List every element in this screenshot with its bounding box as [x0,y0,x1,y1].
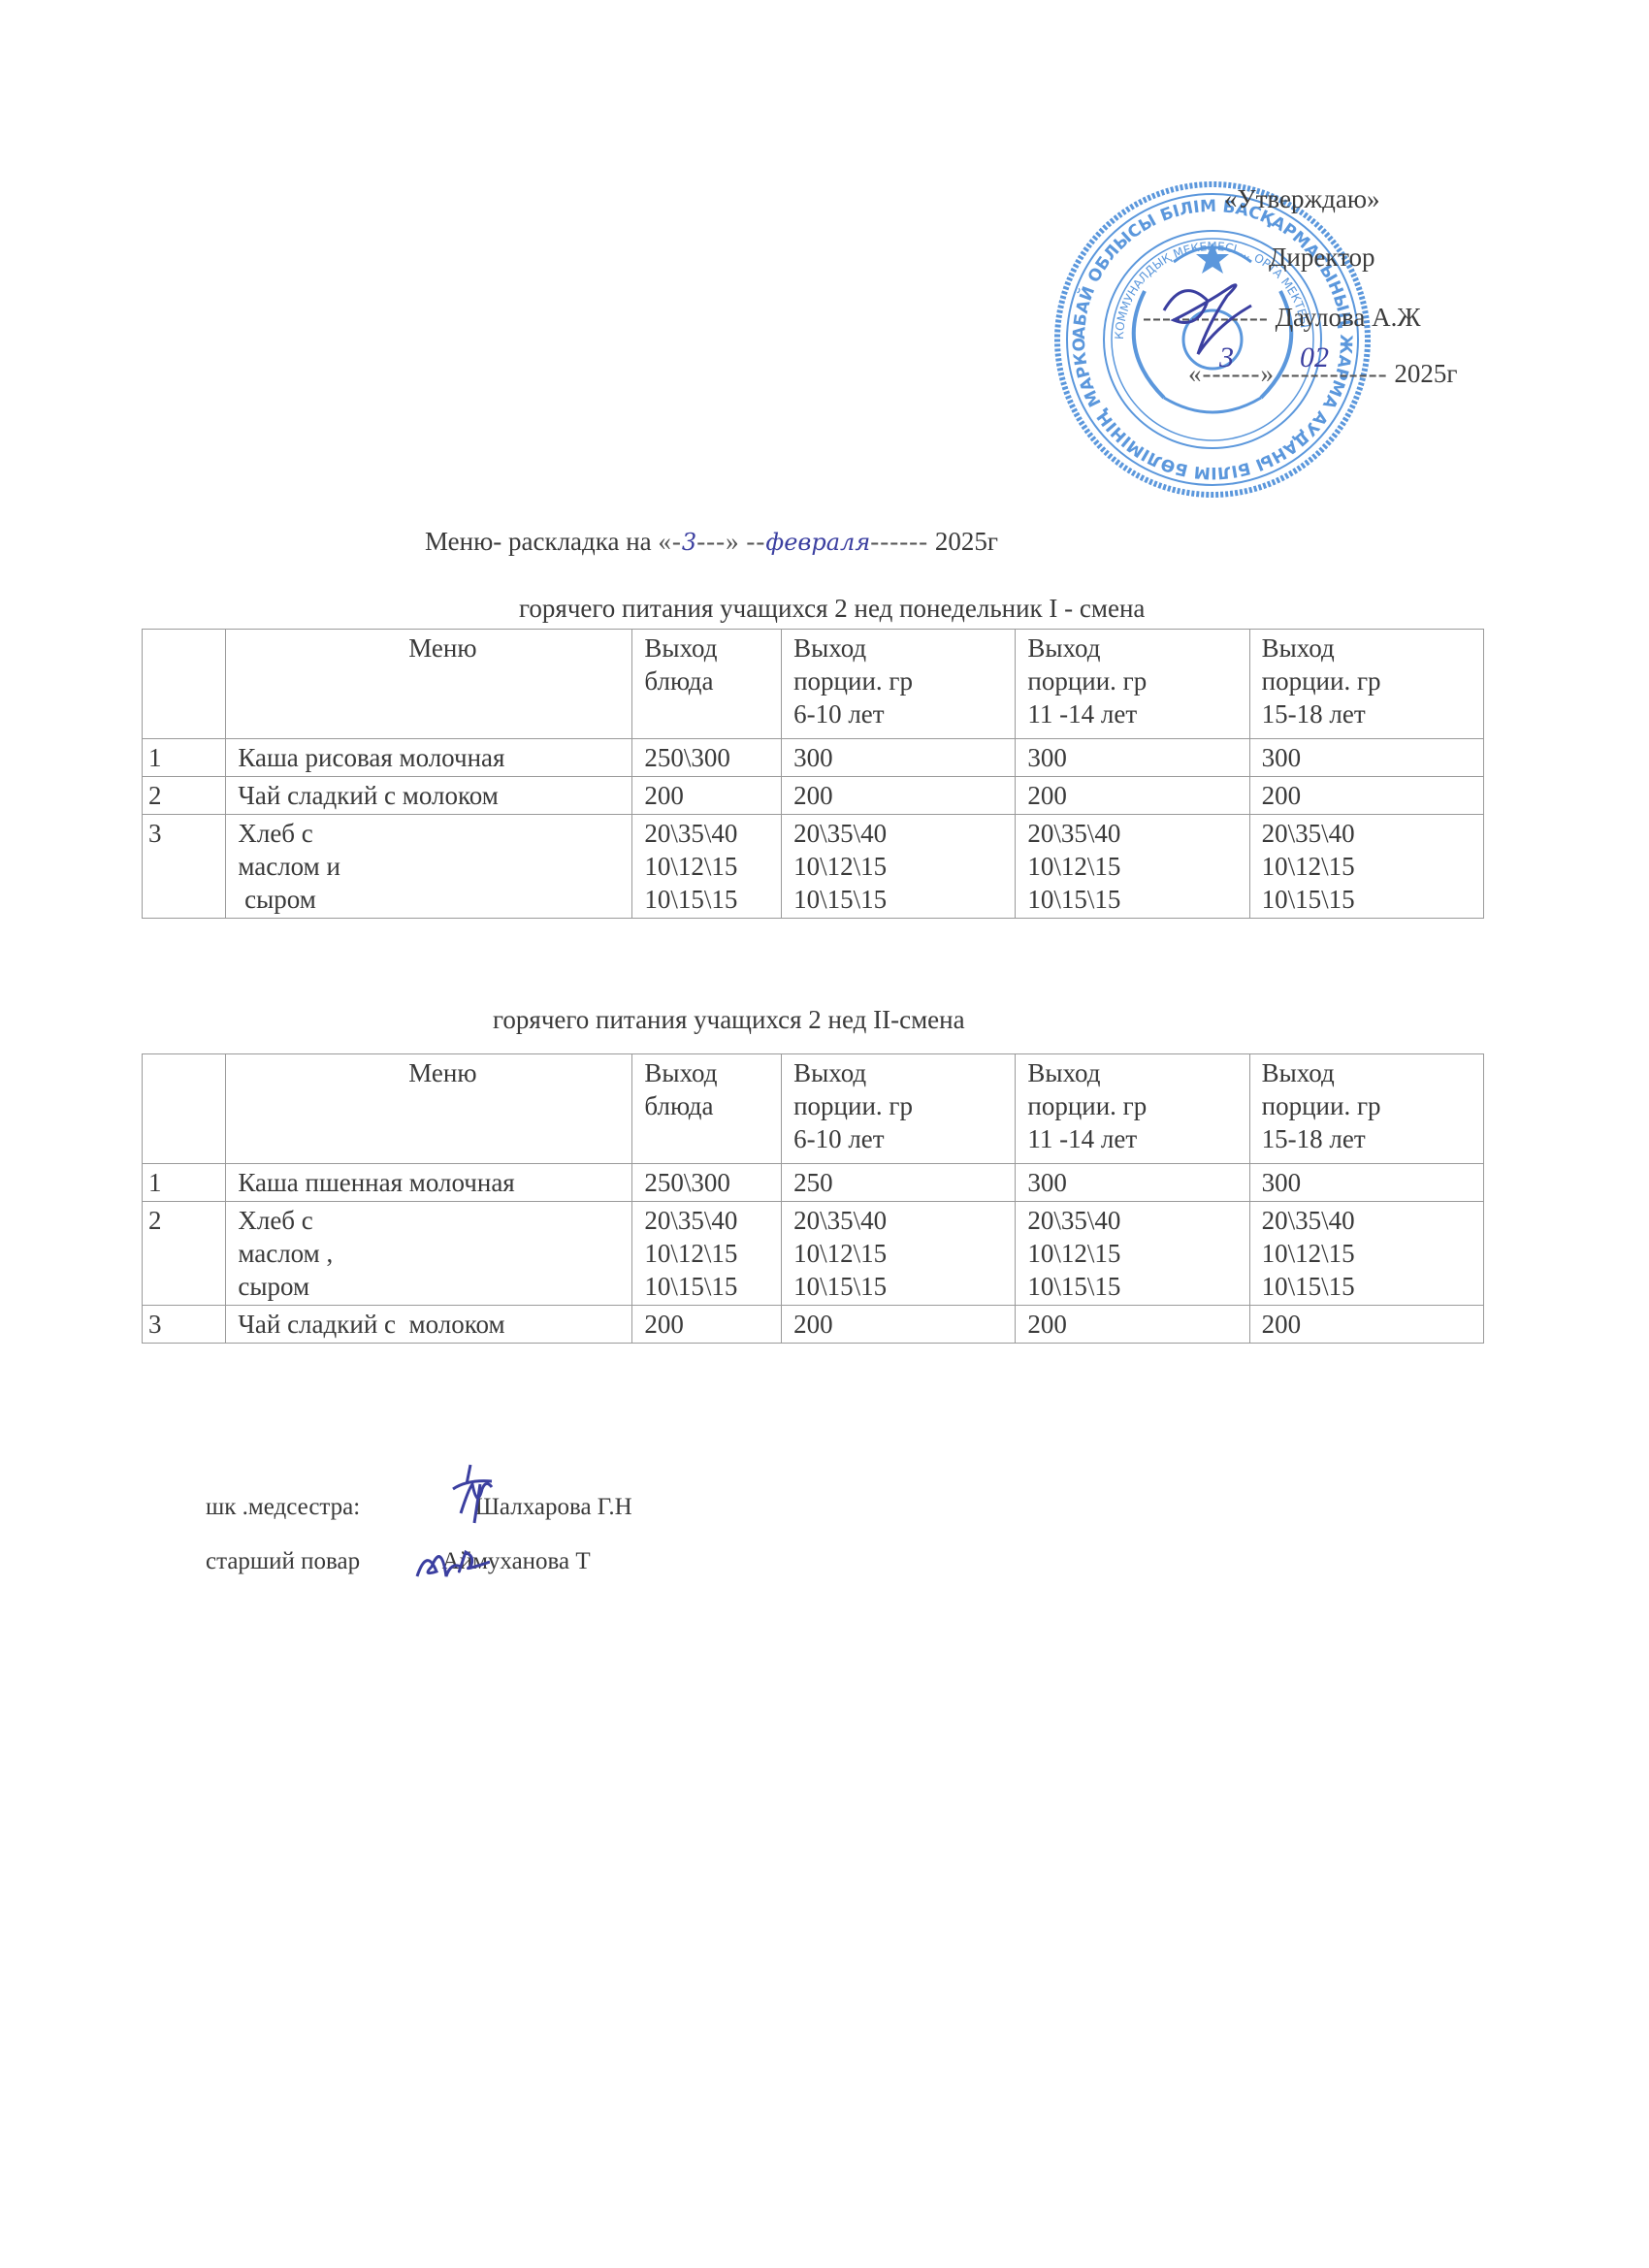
menu-heading: Меню- раскладка на «-3---» --февраля----… [425,527,998,557]
cell-line: Выход [1027,1056,1237,1089]
cell-line: 300 [793,741,1003,774]
cell-line: 10\15\15 [644,883,769,916]
cell-p1: 250 [782,1164,1016,1202]
cell-line: 10\15\15 [1027,1270,1237,1303]
table-row: 2Чай сладкий с молоком200200200200 [143,777,1484,815]
cell-line: блюда [644,664,769,697]
table-row: 1Каша рисовая молочная250\300300300300 [143,739,1484,777]
cell-line: 20\35\40 [1262,817,1471,850]
table-row: 1Каша пшенная молочная250\300250300300 [143,1164,1484,1202]
header-menu: Меню [226,630,632,739]
header-out: Выходблюда [632,630,782,739]
cell-line: 10\15\15 [1262,1270,1471,1303]
date-month-blank: ----------- [1281,359,1388,388]
cell-menu: Чай сладкий с молоком [226,1306,632,1344]
cell-line: 11 -14 лет [1027,697,1237,730]
cell-menu: Хлеб смаслом и сыром [226,815,632,919]
cell-line: 10\12\15 [1027,850,1237,883]
cell-line: 300 [1027,1166,1237,1199]
cell-out: 200 [632,1306,782,1344]
cell-line: 20\35\40 [644,817,769,850]
cell-line: 10\15\15 [644,1270,769,1303]
cell-out: 250\300 [632,1164,782,1202]
cook-role: старший повар [206,1548,360,1574]
cell-line: 15-18 лет [1262,1122,1471,1155]
cell-line: 10\12\15 [793,850,1003,883]
cell-line: порции. гр [793,664,1003,697]
cell-menu: Каша рисовая молочная [226,739,632,777]
cell-line: 300 [1262,741,1471,774]
cell-line: Каша пшенная молочная [238,1166,620,1199]
cell-line: 10\15\15 [1262,883,1471,916]
row-number: 1 [143,739,226,777]
cell-line: 10\12\15 [644,850,769,883]
cell-line: 10\15\15 [793,883,1003,916]
month-post: ------ [870,527,928,556]
cell-line: 200 [793,779,1003,812]
handwritten-day: 3 [682,529,696,556]
approval-year: 2025г [1394,359,1457,388]
header-p2: Выходпорции. гр11 -14 лет [1016,630,1249,739]
cell-line: 200 [644,779,769,812]
cell-line: 200 [644,1308,769,1341]
header-p3: Выходпорции. гр15-18 лет [1249,1054,1483,1164]
cell-p2: 20\35\4010\12\1510\15\15 [1016,815,1249,919]
header-num [143,1054,226,1164]
cell-line: 20\35\40 [1262,1204,1471,1237]
table1-caption: горячего питания учащихся 2 нед понедель… [519,594,1145,624]
cell-line: порции. гр [793,1089,1003,1122]
cell-line: 10\12\15 [644,1237,769,1270]
cell-line: 200 [1027,779,1237,812]
month-pre: -- [746,527,765,556]
cell-line: Хлеб с [238,1204,620,1237]
cell-line: 11 -14 лет [1027,1122,1237,1155]
cell-line: 300 [1027,741,1237,774]
cell-line: 6-10 лет [793,697,1003,730]
cell-line: 200 [1027,1308,1237,1341]
cell-line: 200 [793,1308,1003,1341]
cell-p1: 20\35\4010\12\1510\15\15 [782,815,1016,919]
header-p1: Выходпорции. гр6-10 лет [782,630,1016,739]
cell-p1: 20\35\4010\12\1510\15\15 [782,1202,1016,1306]
director-name: Даулова А.Ж [1276,303,1421,332]
cell-line: маслом , [238,1237,620,1270]
cell-line: порции. гр [1027,1089,1237,1122]
menu-table-shift-1: МенюВыходблюдаВыходпорции. гр6-10 летВых… [142,629,1484,919]
header-p1: Выходпорции. гр6-10 лет [782,1054,1016,1164]
cell-p1: 200 [782,777,1016,815]
table-row: 2Хлеб смаслом ,сыром20\35\4010\12\1510\1… [143,1202,1484,1306]
cell-line: 20\35\40 [644,1204,769,1237]
cell-line: 300 [1262,1166,1471,1199]
cell-line: порции. гр [1262,664,1471,697]
cell-p3: 300 [1249,739,1483,777]
table-header-row: МенюВыходблюдаВыходпорции. гр6-10 летВых… [143,1054,1484,1164]
cell-line: 20\35\40 [1027,1204,1237,1237]
menu-heading-year: 2025г [935,527,998,556]
cell-line: Выход [1262,1056,1471,1089]
cell-p2: 300 [1016,1164,1249,1202]
cell-line: 15-18 лет [1262,697,1471,730]
table-row: 3Чай сладкий с молоком200200200200 [143,1306,1484,1344]
menu-heading-prefix: Меню- раскладка на [425,527,652,556]
approval-title: «Утверждаю» [1224,184,1380,214]
handwritten-month: 02 [1300,341,1329,374]
cell-out: 200 [632,777,782,815]
day-open: «- [658,527,682,556]
cell-p2: 300 [1016,739,1249,777]
cell-out: 250\300 [632,739,782,777]
cell-line: 10\12\15 [793,1237,1003,1270]
row-number: 1 [143,1164,226,1202]
cell-line: 250\300 [644,1166,769,1199]
row-number: 3 [143,815,226,919]
cell-line: 20\35\40 [1027,817,1237,850]
row-number: 2 [143,1202,226,1306]
cell-line: Чай сладкий с молоком [238,1308,620,1341]
cell-line: 6-10 лет [793,1122,1003,1155]
cell-p3: 20\35\4010\12\1510\15\15 [1249,815,1483,919]
cell-line: 250 [793,1166,1003,1199]
cell-line: маслом и [238,850,620,883]
table-header-row: МенюВыходблюдаВыходпорции. гр6-10 летВых… [143,630,1484,739]
cell-out: 20\35\4010\12\1510\15\15 [632,1202,782,1306]
cell-p2: 20\35\4010\12\1510\15\15 [1016,1202,1249,1306]
cell-line: Выход [644,1056,769,1089]
header-p3: Выходпорции. гр15-18 лет [1249,630,1483,739]
cell-line: Выход [1262,632,1471,664]
cell-line: 10\12\15 [1262,850,1471,883]
cell-line: 250\300 [644,741,769,774]
cell-menu: Каша пшенная молочная [226,1164,632,1202]
cell-line: 10\15\15 [793,1270,1003,1303]
menu-table-shift-2: МенюВыходблюдаВыходпорции. гр6-10 летВых… [142,1053,1484,1344]
cell-line: блюда [644,1089,769,1122]
cell-p2: 200 [1016,1306,1249,1344]
table2-caption: горячего питания учащихся 2 нед II-смена [493,1005,965,1035]
cell-menu: Чай сладкий с молоком [226,777,632,815]
row-number: 3 [143,1306,226,1344]
cell-p2: 200 [1016,777,1249,815]
nurse-signature-line: шк .медсестра: Шалхарова Г.Н [206,1494,632,1521]
cell-p3: 200 [1249,777,1483,815]
cell-line: 200 [1262,1308,1471,1341]
cell-line: 200 [1262,779,1471,812]
cook-signature-line: старший повар Аймуханова Т [206,1548,591,1575]
cell-line: Выход [793,1056,1003,1089]
cell-p1: 300 [782,739,1016,777]
day-close: ---» [696,527,739,556]
header-p2: Выходпорции. гр11 -14 лет [1016,1054,1249,1164]
cell-line: 10\12\15 [1027,1237,1237,1270]
handwritten-day: 3 [1219,341,1234,374]
handwritten-month: февраля [765,529,870,556]
cell-line: Каша рисовая молочная [238,741,620,774]
cell-p3: 20\35\4010\12\1510\15\15 [1249,1202,1483,1306]
header-num [143,630,226,739]
cell-line: сыром [238,1270,620,1303]
table-row: 3Хлеб смаслом и сыром20\35\4010\12\1510\… [143,815,1484,919]
cell-menu: Хлеб смаслом ,сыром [226,1202,632,1306]
cell-line: сыром [238,883,620,916]
cell-line: порции. гр [1262,1089,1471,1122]
row-number: 2 [143,777,226,815]
cell-line: Выход [644,632,769,664]
cell-out: 20\35\4010\12\1510\15\15 [632,815,782,919]
cell-line: Чай сладкий с молоком [238,779,620,812]
cook-signature [412,1538,490,1591]
header-menu: Меню [226,1054,632,1164]
header-out: Выходблюда [632,1054,782,1164]
cell-line: порции. гр [1027,664,1237,697]
cell-p3: 300 [1249,1164,1483,1202]
cell-line: 10\15\15 [1027,883,1237,916]
cell-line: 20\35\40 [793,817,1003,850]
approval-role: Директор [1269,243,1375,273]
cell-p3: 200 [1249,1306,1483,1344]
cell-line: Выход [1027,632,1237,664]
cell-p1: 200 [782,1306,1016,1344]
nurse-signature [441,1460,509,1528]
nurse-role: шк .медсестра: [206,1494,360,1520]
cell-line: Хлеб с [238,817,620,850]
cell-line: 20\35\40 [793,1204,1003,1237]
cell-line: 10\12\15 [1262,1237,1471,1270]
cell-line: Выход [793,632,1003,664]
director-signature [1154,272,1271,359]
